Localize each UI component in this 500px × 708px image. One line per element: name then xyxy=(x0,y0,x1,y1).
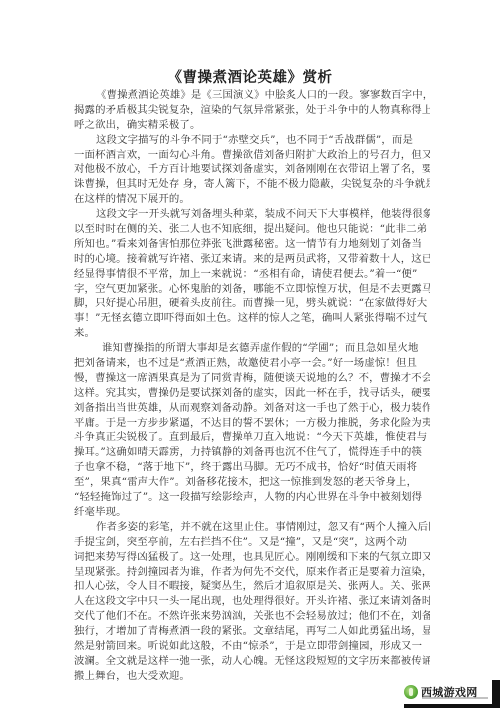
paragraph-line: 以至时时在侧的关、张二人也不知底细，提出疑问。他也只能说：“此非二弟 xyxy=(74,222,430,237)
watermark-edge xyxy=(492,680,500,708)
paragraph-line: 交代了他们不在。不然许张来势汹汹，关张也不会轻易放过；他们不在，刘备 xyxy=(74,609,430,624)
paragraph-line: 事！”无怪玄德立即吓得面如土色。这样的惊人之笔，确叫人紧张得喘不过气 xyxy=(74,311,430,326)
paragraph-line: 对他极不放心，千方百计地要试探刘备虚实，刘备刚刚在衣带诏上署了名，要 xyxy=(74,162,430,177)
xicheng-logo-icon xyxy=(404,685,418,699)
paragraph-line: 呈现紧张。持剑撞园者为谁，作者为何先不交代，原来作者正是要着力渲染， xyxy=(74,565,430,580)
paragraph-line: 这样。究其实，曹操仍是要试探刘备的虚实，因此一杯在手，找寻话头，硬要 xyxy=(74,386,430,401)
paragraph-line: 然是射箭回来。听说如此这般，不由“惊杀”，于是立即带剑撞园，形成又一 xyxy=(74,639,430,654)
paragraph-line: 《曹操煮酒论英雄》是《三国演义》中脍炙人口的一段。寥寥数百字中， xyxy=(74,88,430,103)
paragraph-line: 独行，才增加了青梅煮酒一段的紧张。文章结尾，再写二人如此勇猛出场，显 xyxy=(74,624,430,639)
watermark-shadow xyxy=(404,704,496,708)
document-title: 《曹操煮酒论英雄》赏析 xyxy=(0,66,500,87)
paragraph-line: 揭露的矛盾极其尖锐复杂，渲染的气氛异常紧张，处于斗争中的人物真称得上 xyxy=(74,103,430,118)
paragraph-line: 刘备指出当世英雄，从而观察刘备动静。刘备对这一手也了然于心，极力装作 xyxy=(74,401,430,416)
paragraph-line: 经显得事情很不平常，加上一来就说：“丞相有命，请使君便去。”着一“便” xyxy=(74,267,430,282)
paragraph-line: 人在这段文字中只一头一尾出现，也处理得很好。开头许褚、张辽来请刘备时， xyxy=(74,594,430,609)
paragraph-line: 脚，只好提心吊胆，硬着头皮前往。而曹操一见，劈头就说：“在家做得好大 xyxy=(74,296,430,311)
paragraph-line: 纤毫毕现。 xyxy=(74,505,430,520)
paragraph-line: 词把来势写得凶猛极了。这一处理，也具见匠心。刚刚缓和下来的气氛立即又 xyxy=(74,550,430,565)
paragraph-line: 呼之欲出，确实精采极了。 xyxy=(74,118,430,133)
paragraph-line: 这段文字描写的斗争不同于“赤壁交兵”，也不同于“舌战群儒”，而是 xyxy=(74,133,430,148)
paragraph-line: 谁知曹操指的所谓大事却是玄德弄虚作假的“学圃”；而且急如星火地 xyxy=(74,341,430,356)
paragraph-line: 作者多姿的彩笔，并不就在这里止住。事情刚过，忽又有“两个人撞入后园， xyxy=(74,520,430,535)
paragraph-line: 子也拿不稳，“落于地下”，终于露出马脚。无巧不成书，恰好“时值天雨将 xyxy=(74,460,430,475)
paragraph-line: 平庸。于是一方步步紧逼，不达目的誓不罢休；一方极力推脱，务求化险为夷， xyxy=(74,416,430,431)
watermark-subtitle-bar xyxy=(422,697,488,699)
paragraph-line: 把刘备请来，也不过是“煮酒正熟，故邀使君小亭一会。”好一场虚惊！但且 xyxy=(74,356,430,371)
paragraph-line: 斗争真正尖锐极了。直到最后，曹操单刀直入地说：“今天下英雄，惟使君与 xyxy=(74,430,430,445)
paragraph-line: 字，空气更加紧张。心怀鬼胎的刘备，哪能不立即惊惶万状，但是不去更露马 xyxy=(74,282,430,297)
paragraph-line: 诛曹操，但其时无处存 身，寄人篱下，不能不极力隐蔽，尖锐复杂的斗争就是 xyxy=(74,177,430,192)
paragraph-line: 这段文字一开头就写刘备埋头种菜，装成不问天下大事模样，他装得很象， xyxy=(74,207,430,222)
paragraph-line: 在这样的情况下展开的。 xyxy=(74,192,430,207)
paragraph-line: 慢，曹操这一席酒果真是为了同赏青梅，随便谈天说地的么？不，曹操才不会 xyxy=(74,371,430,386)
paragraph-line: 手提宝剑，突至亭前，左右拦挡不住”。又是“撞”，又是“突”，这两个动 xyxy=(74,535,430,550)
document-page: 《曹操煮酒论英雄》赏析 《曹操煮酒论英雄》是《三国演义》中脍炙人口的一段。寥寥数… xyxy=(0,0,500,708)
paragraph-line: 所知也。”看来刘备害怕那位莽张飞泄露秘密。这一情节有力地刻划了刘备当 xyxy=(74,237,430,252)
paragraph-line: 至”，果真“雷声大作”。刘备移花接木，把这一惊推到发怒的老天爷身上， xyxy=(74,475,430,490)
paragraph-line: 波澜。全文就是这样一弛一张，动人心魄。无怪这段短短的文字历来都被传诵， xyxy=(74,654,430,669)
paragraph-line: 来。 xyxy=(74,326,430,341)
paragraph-line: “轻轻掩饰过了”。这一段描写绘影绘声，人物的内心世界在斗争中被刻划得 xyxy=(74,490,430,505)
paragraph-line: 时的心境。接着就写许褚、张辽来请。来的是两员武将，又带着数十人，这已 xyxy=(74,252,430,267)
paragraph-line: 一面杯酒言欢，一面勾心斗角。曹操欲借刘备归附扩大政治上的号召力，但又 xyxy=(74,148,430,163)
watermark: 西城游戏网 xyxy=(400,676,492,708)
paragraph-line: 搬上舞台，也大受欢迎。 xyxy=(74,669,430,684)
paragraph-line: 操耳。”这确如晴天霹雳，力持镇静的刘备再也沉不住气了，慌得连手中的筷 xyxy=(74,445,430,460)
paragraph-line: 扣人心弦，令人目不暇接，疑窦丛生，然后才追叙原是关、张两人。关、张两 xyxy=(74,579,430,594)
document-body: 《曹操煮酒论英雄》是《三国演义》中脍炙人口的一段。寥寥数百字中，揭露的矛盾极其尖… xyxy=(74,88,430,684)
